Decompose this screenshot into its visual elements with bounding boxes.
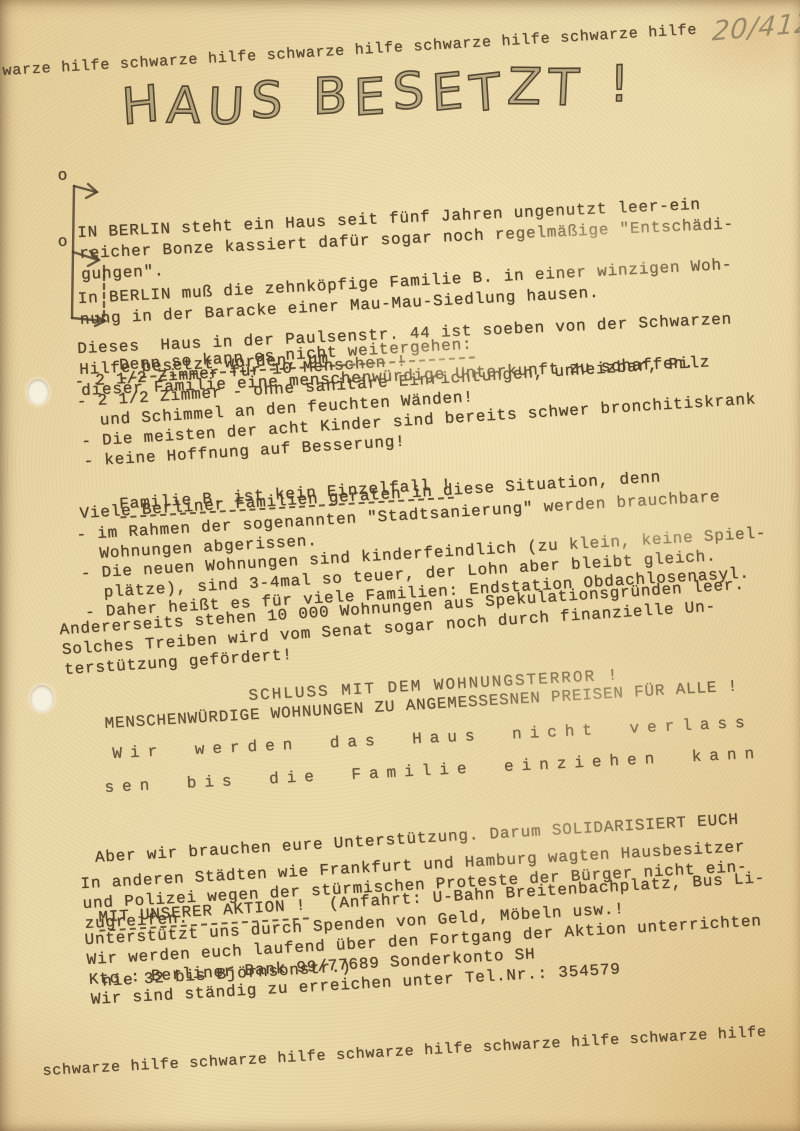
scanned-flyer-page: warze hilfe schwarze hilfe schwarze hilf… (0, 0, 800, 1131)
item-marker: o (57, 232, 68, 254)
punch-hole-bottom (30, 685, 54, 712)
item-marker: o (57, 165, 68, 186)
punch-hole-top (27, 379, 49, 405)
banner-bottom: schwarze hilfe schwarze hilfe schwarze h… (42, 1023, 767, 1082)
archive-number: 20/412 (711, 7, 800, 47)
